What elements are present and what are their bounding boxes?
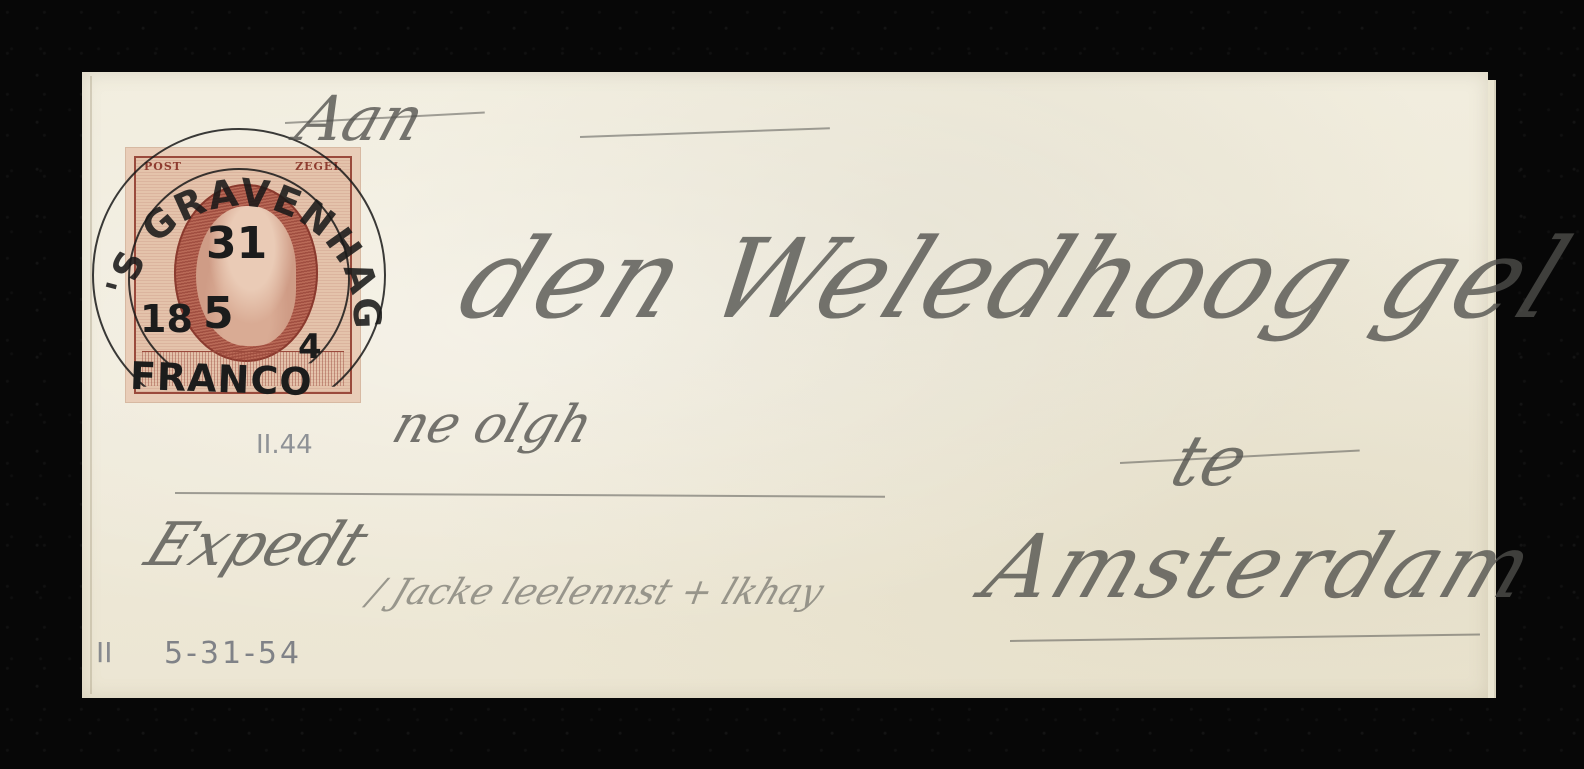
note-expeditie: Expedt [136,510,378,580]
date-note: 5-31-54 [164,636,302,671]
note-sub: / Jacke leelennst + lkhay [363,572,830,613]
postmark-month: 5 [203,292,234,336]
catalog-ref-bottom: II [96,636,113,669]
address-city: Amsterdam [971,515,1549,618]
postmark-day: 31 [206,222,267,266]
address-line-2: den Weledhoog gel [442,215,1584,343]
address-line-1: Aan [288,82,433,155]
postmark-year-left: 18 [140,300,193,338]
catalog-ref-top: II.44 [256,430,313,460]
franco-marking: FRANCO [129,357,313,401]
address-line-3: ne olgh [385,395,600,455]
